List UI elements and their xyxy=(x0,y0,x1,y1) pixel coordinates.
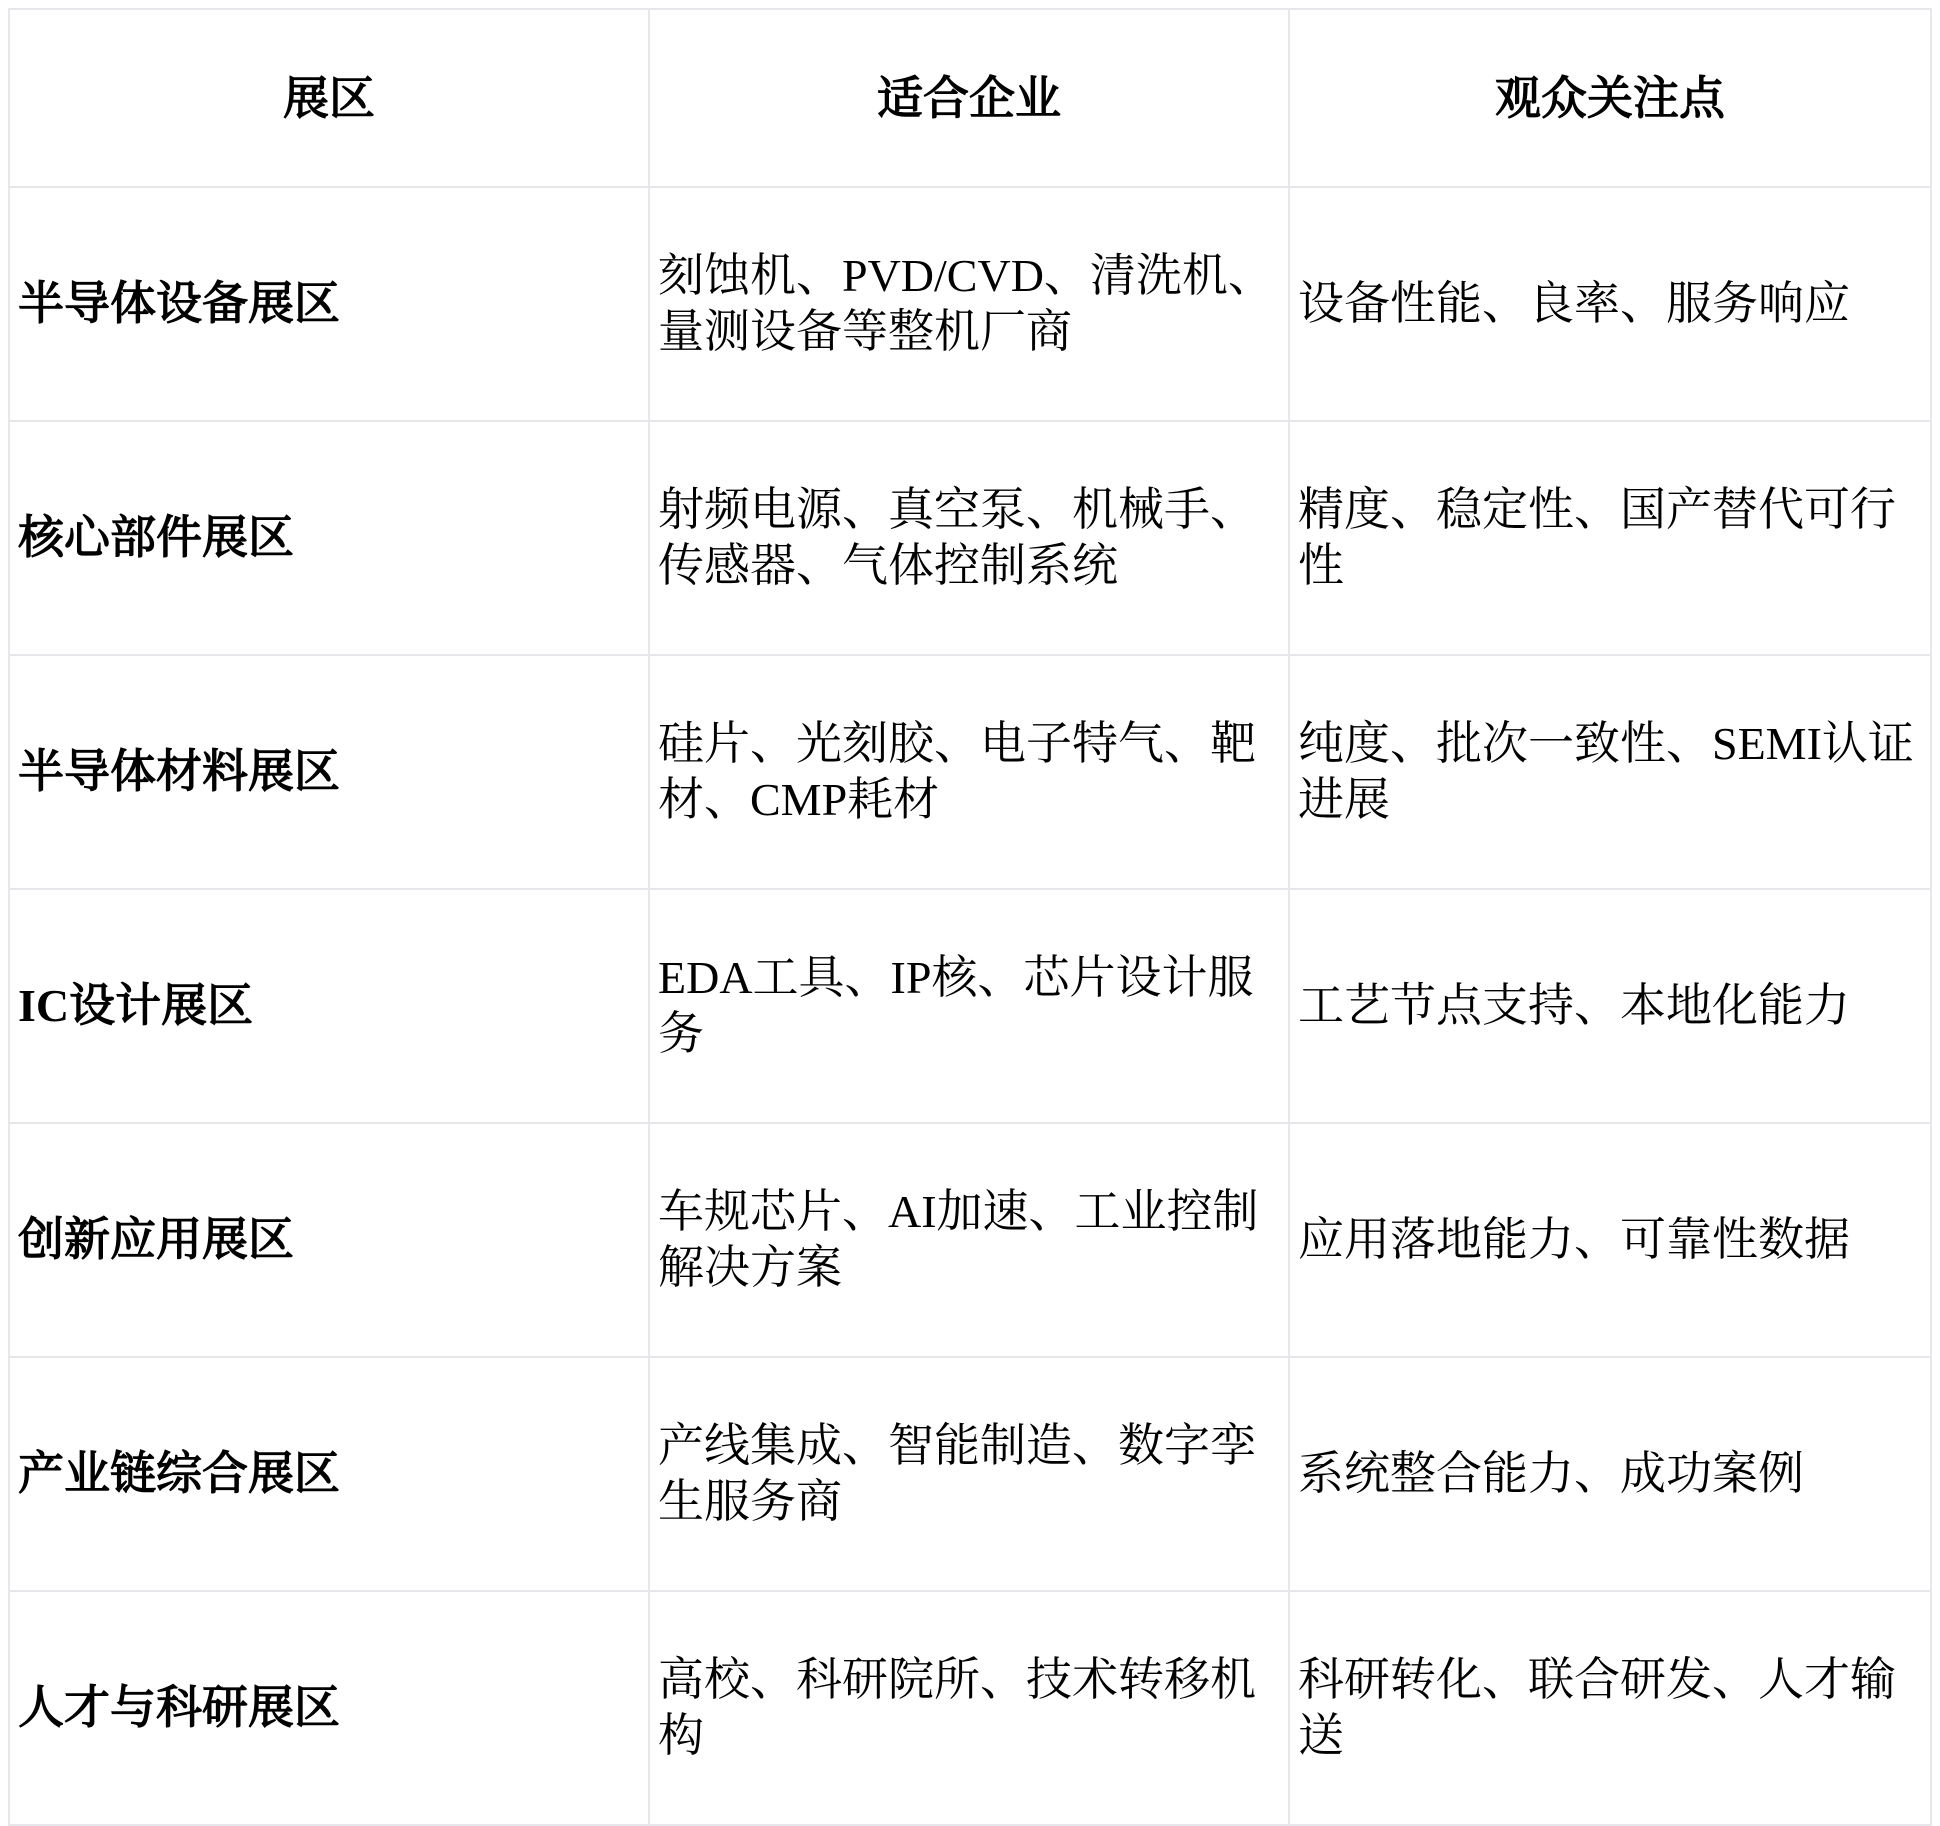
table-row: 创新应用展区 车规芯片、AI加速、工业控制解决方案 应用落地能力、可靠性数据 xyxy=(9,1123,1931,1357)
companies-cell: EDA工具、IP核、芯片设计服务 xyxy=(649,889,1289,1123)
header-audience-focus: 观众关注点 xyxy=(1289,9,1931,187)
zone-cell: IC设计展区 xyxy=(9,889,649,1123)
focus-cell: 科研转化、联合研发、人才输送 xyxy=(1289,1591,1931,1825)
companies-cell: 射频电源、真空泵、机械手、传感器、气体控制系统 xyxy=(649,421,1289,655)
table-row: 核心部件展区 射频电源、真空泵、机械手、传感器、气体控制系统 精度、稳定性、国产… xyxy=(9,421,1931,655)
companies-cell: 高校、科研院所、技术转移机构 xyxy=(649,1591,1289,1825)
table-row: 人才与科研展区 高校、科研院所、技术转移机构 科研转化、联合研发、人才输送 xyxy=(9,1591,1931,1825)
header-zone: 展区 xyxy=(9,9,649,187)
header-suitable-companies: 适合企业 xyxy=(649,9,1289,187)
focus-cell: 设备性能、良率、服务响应 xyxy=(1289,187,1931,421)
companies-cell: 硅片、光刻胶、电子特气、靶材、CMP耗材 xyxy=(649,655,1289,889)
zone-cell: 核心部件展区 xyxy=(9,421,649,655)
companies-cell: 车规芯片、AI加速、工业控制解决方案 xyxy=(649,1123,1289,1357)
zone-cell: 人才与科研展区 xyxy=(9,1591,649,1825)
zone-cell: 创新应用展区 xyxy=(9,1123,649,1357)
table-row: 产业链综合展区 产线集成、智能制造、数字孪生服务商 系统整合能力、成功案例 xyxy=(9,1357,1931,1591)
focus-cell: 工艺节点支持、本地化能力 xyxy=(1289,889,1931,1123)
focus-cell: 精度、稳定性、国产替代可行性 xyxy=(1289,421,1931,655)
exhibition-zone-table-container: 展区 适合企业 观众关注点 半导体设备展区 刻蚀机、PVD/CVD、清洗机、量测… xyxy=(8,8,1932,1825)
companies-cell: 产线集成、智能制造、数字孪生服务商 xyxy=(649,1357,1289,1591)
table-row: 半导体设备展区 刻蚀机、PVD/CVD、清洗机、量测设备等整机厂商 设备性能、良… xyxy=(9,187,1931,421)
table-row: 半导体材料展区 硅片、光刻胶、电子特气、靶材、CMP耗材 纯度、批次一致性、SE… xyxy=(9,655,1931,889)
table-header-row: 展区 适合企业 观众关注点 xyxy=(9,9,1931,187)
exhibition-zone-table: 展区 适合企业 观众关注点 半导体设备展区 刻蚀机、PVD/CVD、清洗机、量测… xyxy=(8,8,1932,1825)
focus-cell: 系统整合能力、成功案例 xyxy=(1289,1357,1931,1591)
focus-cell: 应用落地能力、可靠性数据 xyxy=(1289,1123,1931,1357)
focus-cell: 纯度、批次一致性、SEMI认证进展 xyxy=(1289,655,1931,889)
zone-cell: 半导体设备展区 xyxy=(9,187,649,421)
zone-cell: 产业链综合展区 xyxy=(9,1357,649,1591)
table-row: IC设计展区 EDA工具、IP核、芯片设计服务 工艺节点支持、本地化能力 xyxy=(9,889,1931,1123)
zone-cell: 半导体材料展区 xyxy=(9,655,649,889)
companies-cell: 刻蚀机、PVD/CVD、清洗机、量测设备等整机厂商 xyxy=(649,187,1289,421)
